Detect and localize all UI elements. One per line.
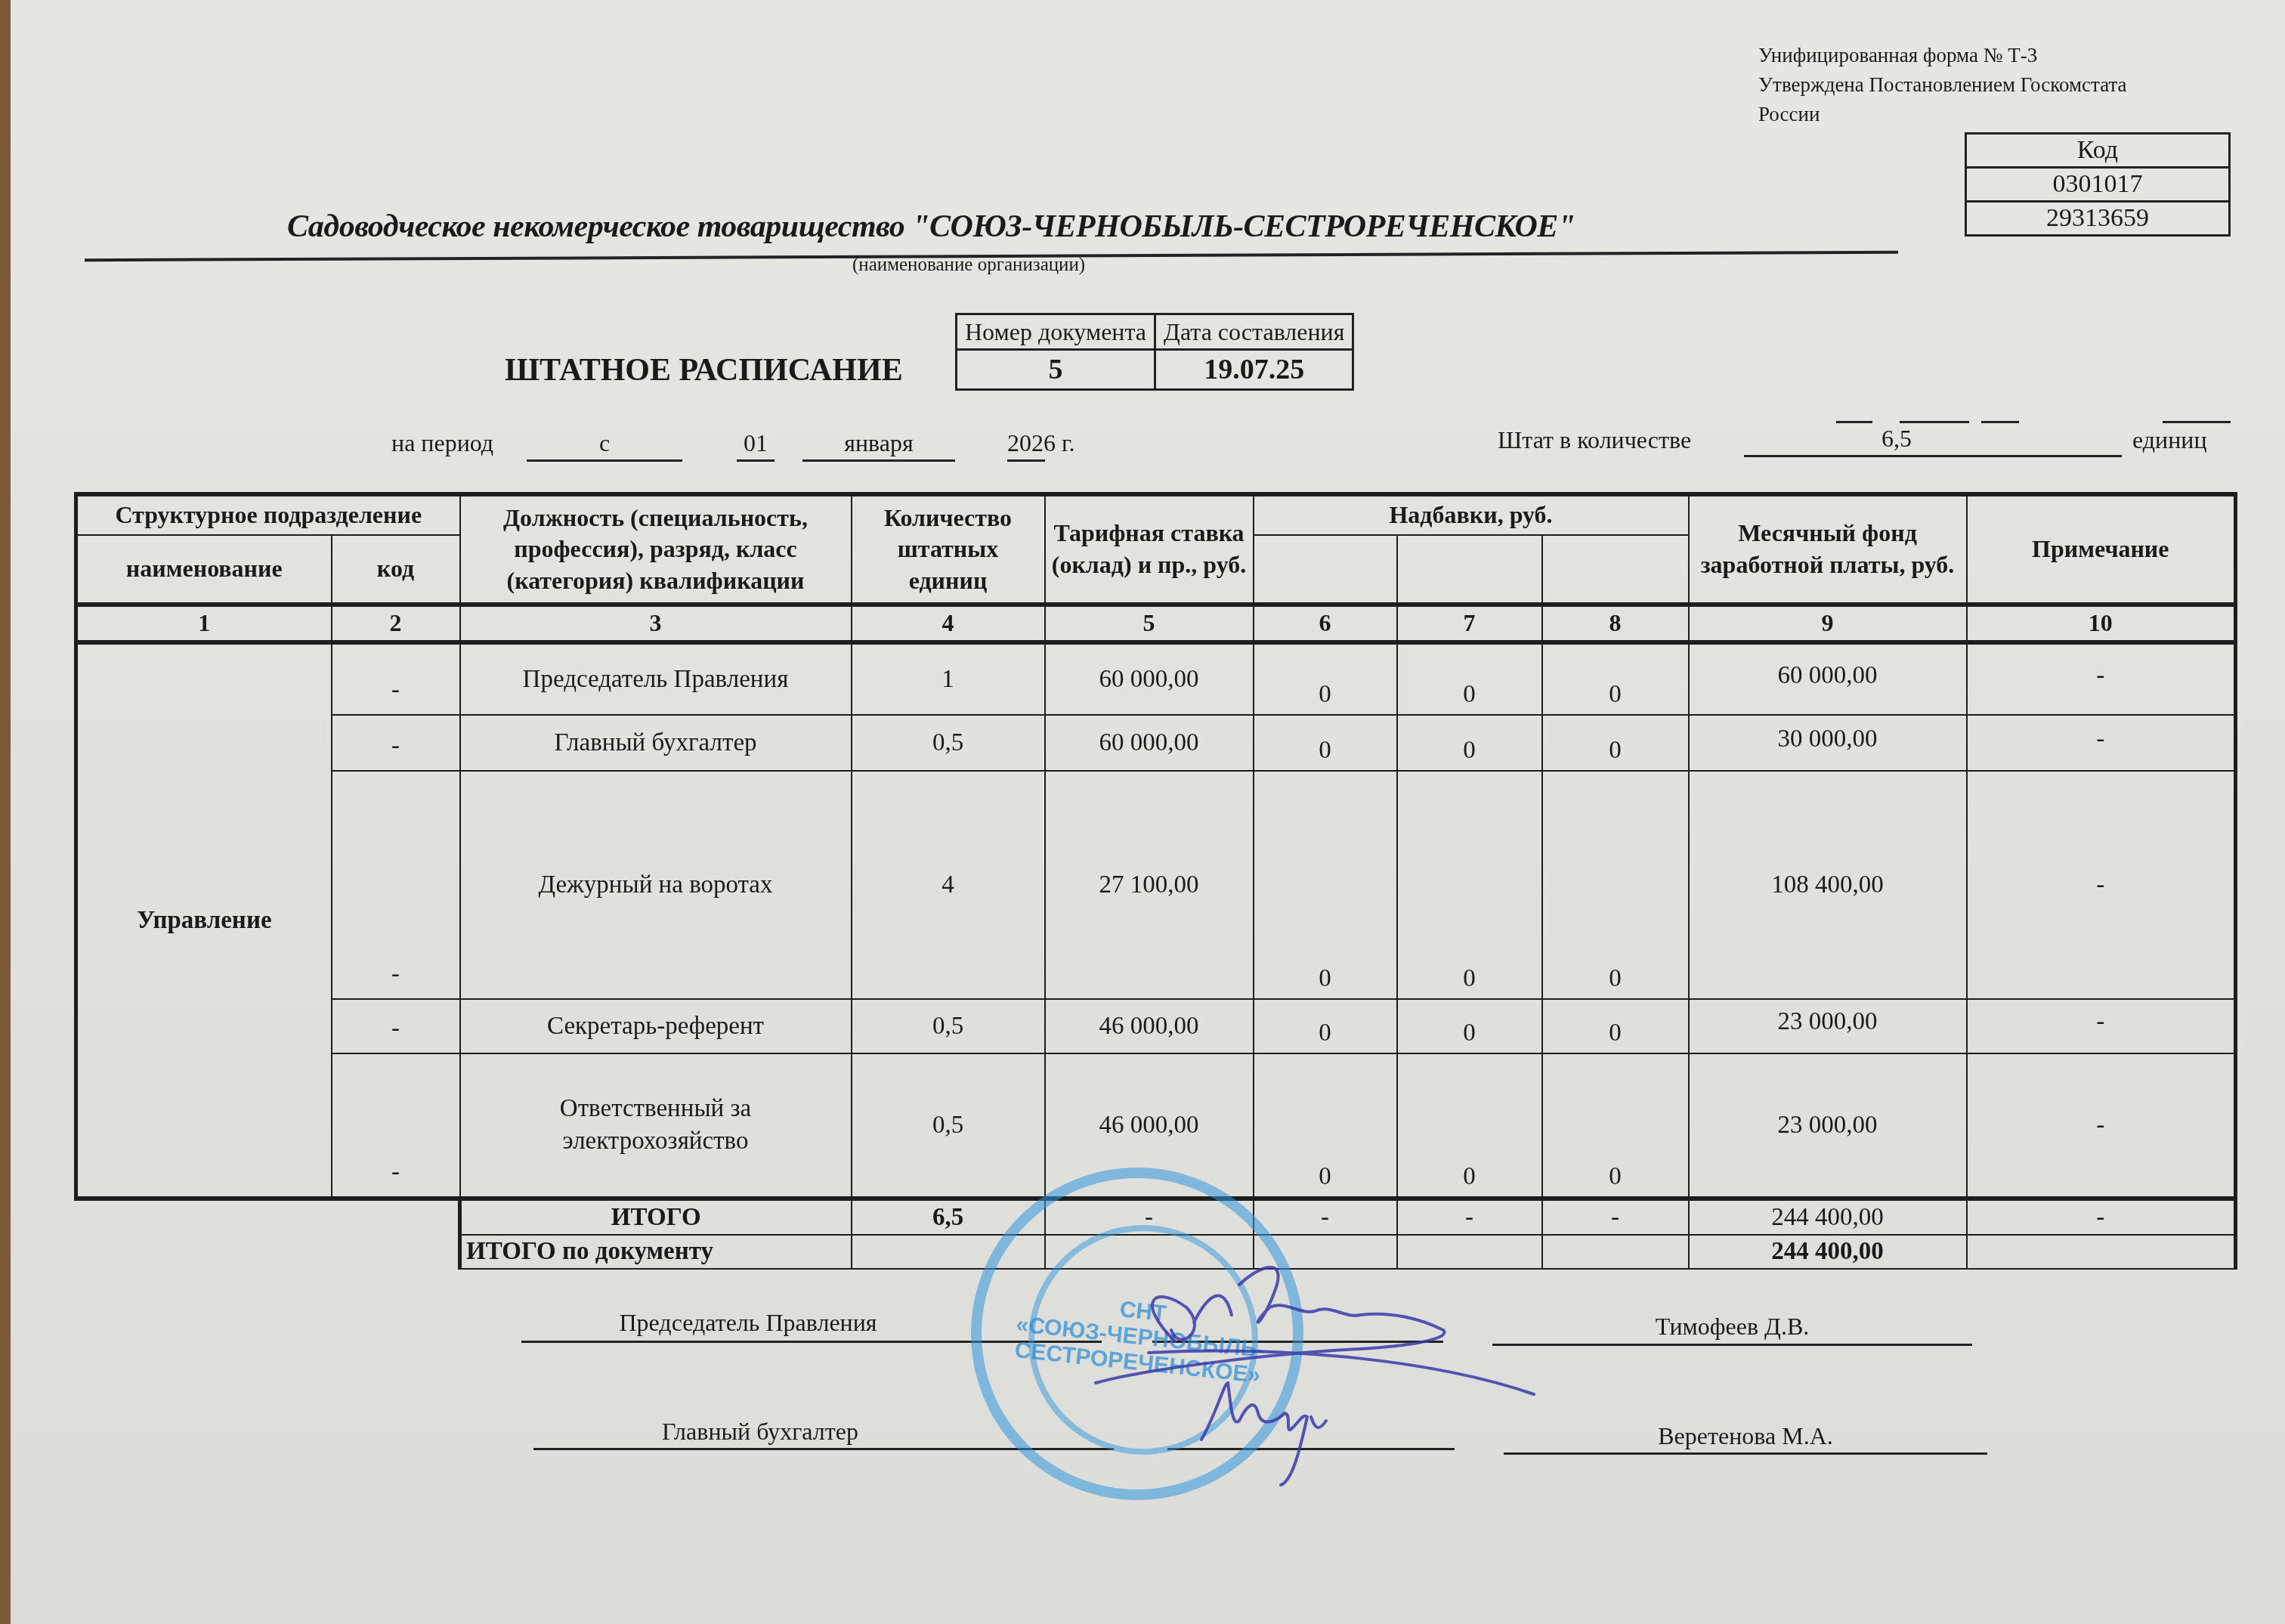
staff-dash-2	[1900, 421, 1969, 423]
col-num-9: 9	[1689, 605, 1967, 642]
period-day: 01	[737, 429, 775, 457]
col-num-1: 1	[76, 605, 332, 642]
row-allowance-6: 0	[1254, 715, 1397, 771]
table-row: Управление - Председатель Правления 1 60…	[76, 642, 2236, 715]
total-allowance-7: -	[1397, 1199, 1542, 1235]
staff-label: Штат в количестве	[1498, 426, 1691, 454]
total-label: ИТОГО	[460, 1199, 852, 1235]
header-struct-unit: Структурное подразделение	[76, 494, 460, 535]
doc-total-label: ИТОГО по документу	[460, 1235, 852, 1269]
row-code: -	[332, 715, 460, 771]
codes-box: Код 0301017 29313659	[1965, 132, 2231, 237]
row-allowance-8: 0	[1542, 999, 1689, 1053]
row-allowance-6: 0	[1254, 999, 1397, 1053]
staff-dash-3	[1981, 421, 2019, 423]
header-allowances: Надбавки, руб.	[1254, 494, 1689, 535]
row-count: 0,5	[852, 999, 1045, 1053]
period-day-underline	[737, 459, 775, 462]
total-allowance-6: -	[1254, 1199, 1397, 1235]
table-row: - Секретарь-референт 0,5 46 000,00 0 0 0…	[76, 999, 2236, 1053]
organization-caption: (наименование организации)	[852, 255, 1085, 276]
row-allowance-8: 0	[1542, 642, 1689, 715]
header-count: Количество штатных единиц	[852, 494, 1045, 605]
row-note: -	[1967, 999, 2236, 1053]
row-fund: 108 400,00	[1689, 771, 1967, 999]
col-num-2: 2	[332, 605, 460, 642]
col-num-4: 4	[852, 605, 1045, 642]
row-position: Председатель Правления	[460, 642, 852, 715]
col-num-10: 10	[1967, 605, 2236, 642]
signature-name-line-chairman	[1492, 1344, 1972, 1346]
total-fund: 244 400,00	[1689, 1199, 1967, 1235]
row-code: -	[332, 999, 460, 1053]
staff-unit: единиц	[2132, 426, 2207, 454]
row-count: 0,5	[852, 715, 1045, 771]
signature-role-accountant: Главный бухгалтер	[533, 1418, 987, 1446]
doc-date-label: Дата составления	[1155, 314, 1353, 350]
department-name: Управление	[76, 642, 332, 1199]
row-rate: 27 100,00	[1045, 771, 1254, 999]
period-month: января	[802, 429, 955, 457]
okpo-code: 29313659	[1966, 202, 2230, 236]
total-note: -	[1967, 1199, 2236, 1235]
codes-header: Код	[1966, 134, 2230, 168]
document-title: ШТАТНОЕ РАСПИСАНИЕ	[505, 352, 903, 388]
col-num-8: 8	[1542, 605, 1689, 642]
doc-date-value: 19.07.25	[1155, 350, 1353, 390]
row-fund: 60 000,00	[1689, 642, 1967, 715]
row-allowance-6: 0	[1254, 771, 1397, 999]
row-note: -	[1967, 715, 2236, 771]
row-position: Ответственный за электрохозяйство	[460, 1053, 852, 1199]
doc-number-value: 5	[957, 350, 1155, 390]
row-fund: 23 000,00	[1689, 1053, 1967, 1199]
row-note: -	[1967, 771, 2236, 999]
row-allowance-8: 0	[1542, 715, 1689, 771]
staff-value: 6,5	[1745, 425, 2048, 453]
header-note: Примечание	[1967, 494, 2236, 605]
row-count: 4	[852, 771, 1045, 999]
doc-total-fund: 244 400,00	[1689, 1235, 1967, 1269]
period-from: с	[527, 429, 682, 457]
header-monthly-fund: Месячный фонд заработной платы, руб.	[1689, 494, 1967, 605]
desk-edge	[0, 0, 11, 1624]
row-allowance-7: 0	[1397, 715, 1542, 771]
col-num-5: 5	[1045, 605, 1254, 642]
total-allowance-8: -	[1542, 1199, 1689, 1235]
header-name: наименование	[76, 535, 332, 605]
row-allowance-6: 0	[1254, 642, 1397, 715]
row-code: -	[332, 1053, 460, 1199]
okud-code: 0301017	[1966, 168, 2230, 202]
row-fund: 30 000,00	[1689, 715, 1967, 771]
signature-name-chairman: Тимофеев Д.В.	[1492, 1313, 1972, 1341]
row-count: 0,5	[852, 1053, 1045, 1199]
doc-number-label: Номер документа	[957, 314, 1155, 350]
period-year: 2026 г.	[1007, 429, 1075, 457]
table-row: - Дежурный на воротах 4 27 100,00 0 0 0 …	[76, 771, 2236, 999]
row-position: Главный бухгалтер	[460, 715, 852, 771]
period-from-underline	[527, 459, 682, 462]
staff-underline	[1744, 455, 2122, 457]
form-note-line3: России	[1758, 100, 2127, 129]
row-allowance-7: 0	[1397, 771, 1542, 999]
row-allowance-8: 0	[1542, 771, 1689, 999]
form-note-line1: Унифицированная форма № Т-3	[1758, 41, 2127, 70]
period-year-underline	[1007, 459, 1045, 462]
row-allowance-8: 0	[1542, 1053, 1689, 1199]
signature-role-chairman: Председатель Правления	[521, 1309, 975, 1337]
row-note: -	[1967, 642, 2236, 715]
row-count: 1	[852, 642, 1045, 715]
form-note-line2: Утверждена Постановлением Госкомстата	[1758, 70, 2127, 100]
header-allowance-6	[1254, 535, 1397, 605]
col-num-3: 3	[460, 605, 852, 642]
row-rate: 60 000,00	[1045, 642, 1254, 715]
signature-name-line-accountant	[1504, 1452, 1987, 1455]
staffing-table: Структурное подразделение Должность (спе…	[74, 492, 2237, 1270]
header-rate: Тарифная ставка (оклад) и пр., руб.	[1045, 494, 1254, 605]
header-position: Должность (специальность, профессия), ра…	[460, 494, 852, 605]
signature-name-accountant: Веретенова М.А.	[1504, 1422, 1987, 1450]
row-code: -	[332, 642, 460, 715]
period-label: на период	[391, 429, 493, 457]
row-note: -	[1967, 1053, 2236, 1199]
header-allowance-7	[1397, 535, 1542, 605]
staff-dash-4	[2163, 421, 2231, 423]
document-number-box: Номер документа Дата составления 5 19.07…	[955, 313, 1354, 391]
row-allowance-7: 0	[1397, 642, 1542, 715]
organization-stamp: СНТ «СОЮЗ-ЧЕРНОБЫЛЬ- СЕСТРОРЕЧЕНСКОЕ»	[971, 1168, 1303, 1500]
row-allowance-7: 0	[1397, 1053, 1542, 1199]
row-fund: 23 000,00	[1689, 999, 1967, 1053]
table-row: - Главный бухгалтер 0,5 60 000,00 0 0 0 …	[76, 715, 2236, 771]
row-position: Дежурный на воротах	[460, 771, 852, 999]
row-rate: 46 000,00	[1045, 999, 1254, 1053]
period-month-underline	[802, 459, 955, 462]
column-numbers-row: 1 2 3 4 5 6 7 8 9 10	[76, 605, 2236, 642]
col-num-7: 7	[1397, 605, 1542, 642]
row-position: Секретарь-референт	[460, 999, 852, 1053]
col-num-6: 6	[1254, 605, 1397, 642]
organization-name: Садоводческое некомерческое товарищество…	[287, 209, 1575, 245]
row-rate: 60 000,00	[1045, 715, 1254, 771]
header-allowance-8	[1542, 535, 1689, 605]
row-allowance-6: 0	[1254, 1053, 1397, 1199]
staff-dash-1	[1836, 421, 1872, 423]
row-code: -	[332, 771, 460, 999]
row-allowance-7: 0	[1397, 999, 1542, 1053]
form-note: Унифицированная форма № Т-3 Утверждена П…	[1758, 41, 2127, 129]
header-code: код	[332, 535, 460, 605]
